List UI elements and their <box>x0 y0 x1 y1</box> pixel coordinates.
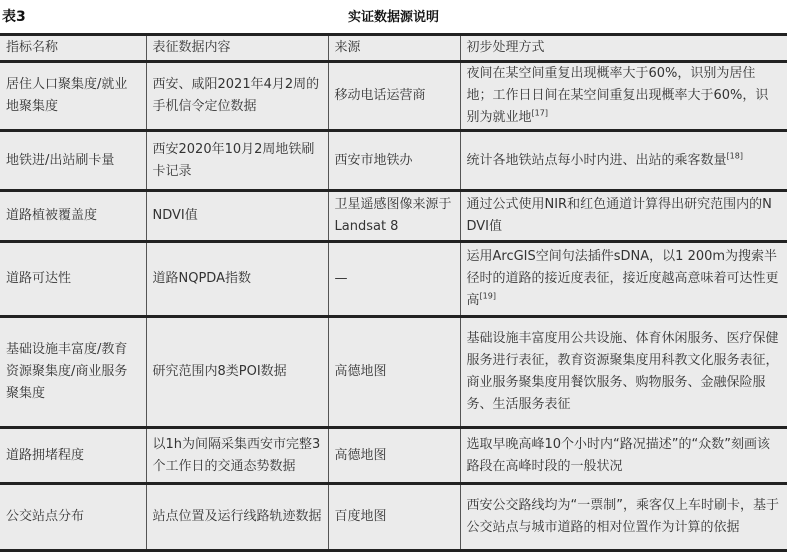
cell-indicator: 道路拥堵程度 <box>0 428 146 484</box>
cell-indicator: 道路可达性 <box>0 242 146 317</box>
table-title: 实证数据源说明 <box>0 6 787 25</box>
data-source-table: 指标名称 表征数据内容 来源 初步处理方式 居住人口聚集度/就业地聚集度 西安、… <box>0 33 787 552</box>
reference-mark: [19] <box>480 292 496 301</box>
processing-text: 夜间在某空间重复出现概率大于60%，识别为居住地；工作日日间在某空间重复出现概率… <box>467 66 769 125</box>
table-row: 公交站点分布 站点位置及运行线路轨迹数据 百度地图 西安公交路线均为“一票制”，… <box>0 484 787 551</box>
cell-source: 卫星遥感图像来源于Landsat 8 <box>328 191 460 242</box>
cell-indicator: 地铁进/出站刷卡量 <box>0 131 146 191</box>
processing-text: 运用ArcGIS空间句法插件sDNA，以1 200m为搜索半径时的道路的接近度表… <box>467 249 779 308</box>
cell-processing: 统计各地铁站点每小时内进、出站的乘客数量[18] <box>460 131 787 191</box>
table-row: 基础设施丰富度/教育资源聚集度/商业服务聚集度 研究范围内8类POI数据 高德地… <box>0 317 787 428</box>
cell-processing: 夜间在某空间重复出现概率大于60%，识别为居住地；工作日日间在某空间重复出现概率… <box>460 62 787 131</box>
header-source: 来源 <box>328 35 460 62</box>
processing-text: 选取早晚高峰10个小时内“路况描述”的“众数”刻画该路段在高峰时段的一般状况 <box>467 437 770 474</box>
table-row: 居住人口聚集度/就业地聚集度 西安、咸阳2021年4月2周的手机信令定位数据 移… <box>0 62 787 131</box>
cell-source: 移动电话运营商 <box>328 62 460 131</box>
table-header-row: 指标名称 表征数据内容 来源 初步处理方式 <box>0 35 787 62</box>
cell-indicator: 居住人口聚集度/就业地聚集度 <box>0 62 146 131</box>
cell-data-content: 研究范围内8类POI数据 <box>146 317 328 428</box>
header-data-content: 表征数据内容 <box>146 35 328 62</box>
header-processing: 初步处理方式 <box>460 35 787 62</box>
processing-text: 通过公式使用NIR和红色通道计算得出研究范围内的NDVI值 <box>467 197 772 234</box>
table-row: 道路拥堵程度 以1h为间隔采集西安市完整3个工作日的交通态势数据 高德地图 选取… <box>0 428 787 484</box>
cell-data-content: NDVI值 <box>146 191 328 242</box>
cell-data-content: 道路NQPDA指数 <box>146 242 328 317</box>
cell-data-content: 西安、咸阳2021年4月2周的手机信令定位数据 <box>146 62 328 131</box>
cell-processing: 运用ArcGIS空间句法插件sDNA，以1 200m为搜索半径时的道路的接近度表… <box>460 242 787 317</box>
processing-text: 基础设施丰富度用公共设施、体育休闲服务、医疗保健服务进行表征，教育资源聚集度用科… <box>467 331 779 412</box>
cell-source: 高德地图 <box>328 317 460 428</box>
cell-source: 百度地图 <box>328 484 460 551</box>
cell-data-content: 以1h为间隔采集西安市完整3个工作日的交通态势数据 <box>146 428 328 484</box>
table-row: 道路植被覆盖度 NDVI值 卫星遥感图像来源于Landsat 8 通过公式使用N… <box>0 191 787 242</box>
cell-indicator: 公交站点分布 <box>0 484 146 551</box>
cell-processing: 通过公式使用NIR和红色通道计算得出研究范围内的NDVI值 <box>460 191 787 242</box>
table-caption: 表3 实证数据源说明 <box>0 6 787 26</box>
processing-text: 统计各地铁站点每小时内进、出站的乘客数量 <box>467 153 727 168</box>
cell-source: 西安市地铁办 <box>328 131 460 191</box>
cell-processing: 西安公交路线均为“一票制”，乘客仅上车时刷卡，基于公交站点与城市道路的相对位置作… <box>460 484 787 551</box>
cell-data-content: 西安2020年10月2周地铁刷卡记录 <box>146 131 328 191</box>
processing-text: 西安公交路线均为“一票制”，乘客仅上车时刷卡，基于公交站点与城市道路的相对位置作… <box>467 498 779 535</box>
reference-mark: [18] <box>727 151 743 160</box>
table-row: 道路可达性 道路NQPDA指数 — 运用ArcGIS空间句法插件sDNA，以1 … <box>0 242 787 317</box>
cell-data-content: 站点位置及运行线路轨迹数据 <box>146 484 328 551</box>
header-indicator: 指标名称 <box>0 35 146 62</box>
cell-indicator: 基础设施丰富度/教育资源聚集度/商业服务聚集度 <box>0 317 146 428</box>
reference-mark: [17] <box>532 109 548 118</box>
cell-source: — <box>328 242 460 317</box>
cell-processing: 基础设施丰富度用公共设施、体育休闲服务、医疗保健服务进行表征，教育资源聚集度用科… <box>460 317 787 428</box>
cell-source: 高德地图 <box>328 428 460 484</box>
cell-processing: 选取早晚高峰10个小时内“路况描述”的“众数”刻画该路段在高峰时段的一般状况 <box>460 428 787 484</box>
table-row: 地铁进/出站刷卡量 西安2020年10月2周地铁刷卡记录 西安市地铁办 统计各地… <box>0 131 787 191</box>
cell-indicator: 道路植被覆盖度 <box>0 191 146 242</box>
